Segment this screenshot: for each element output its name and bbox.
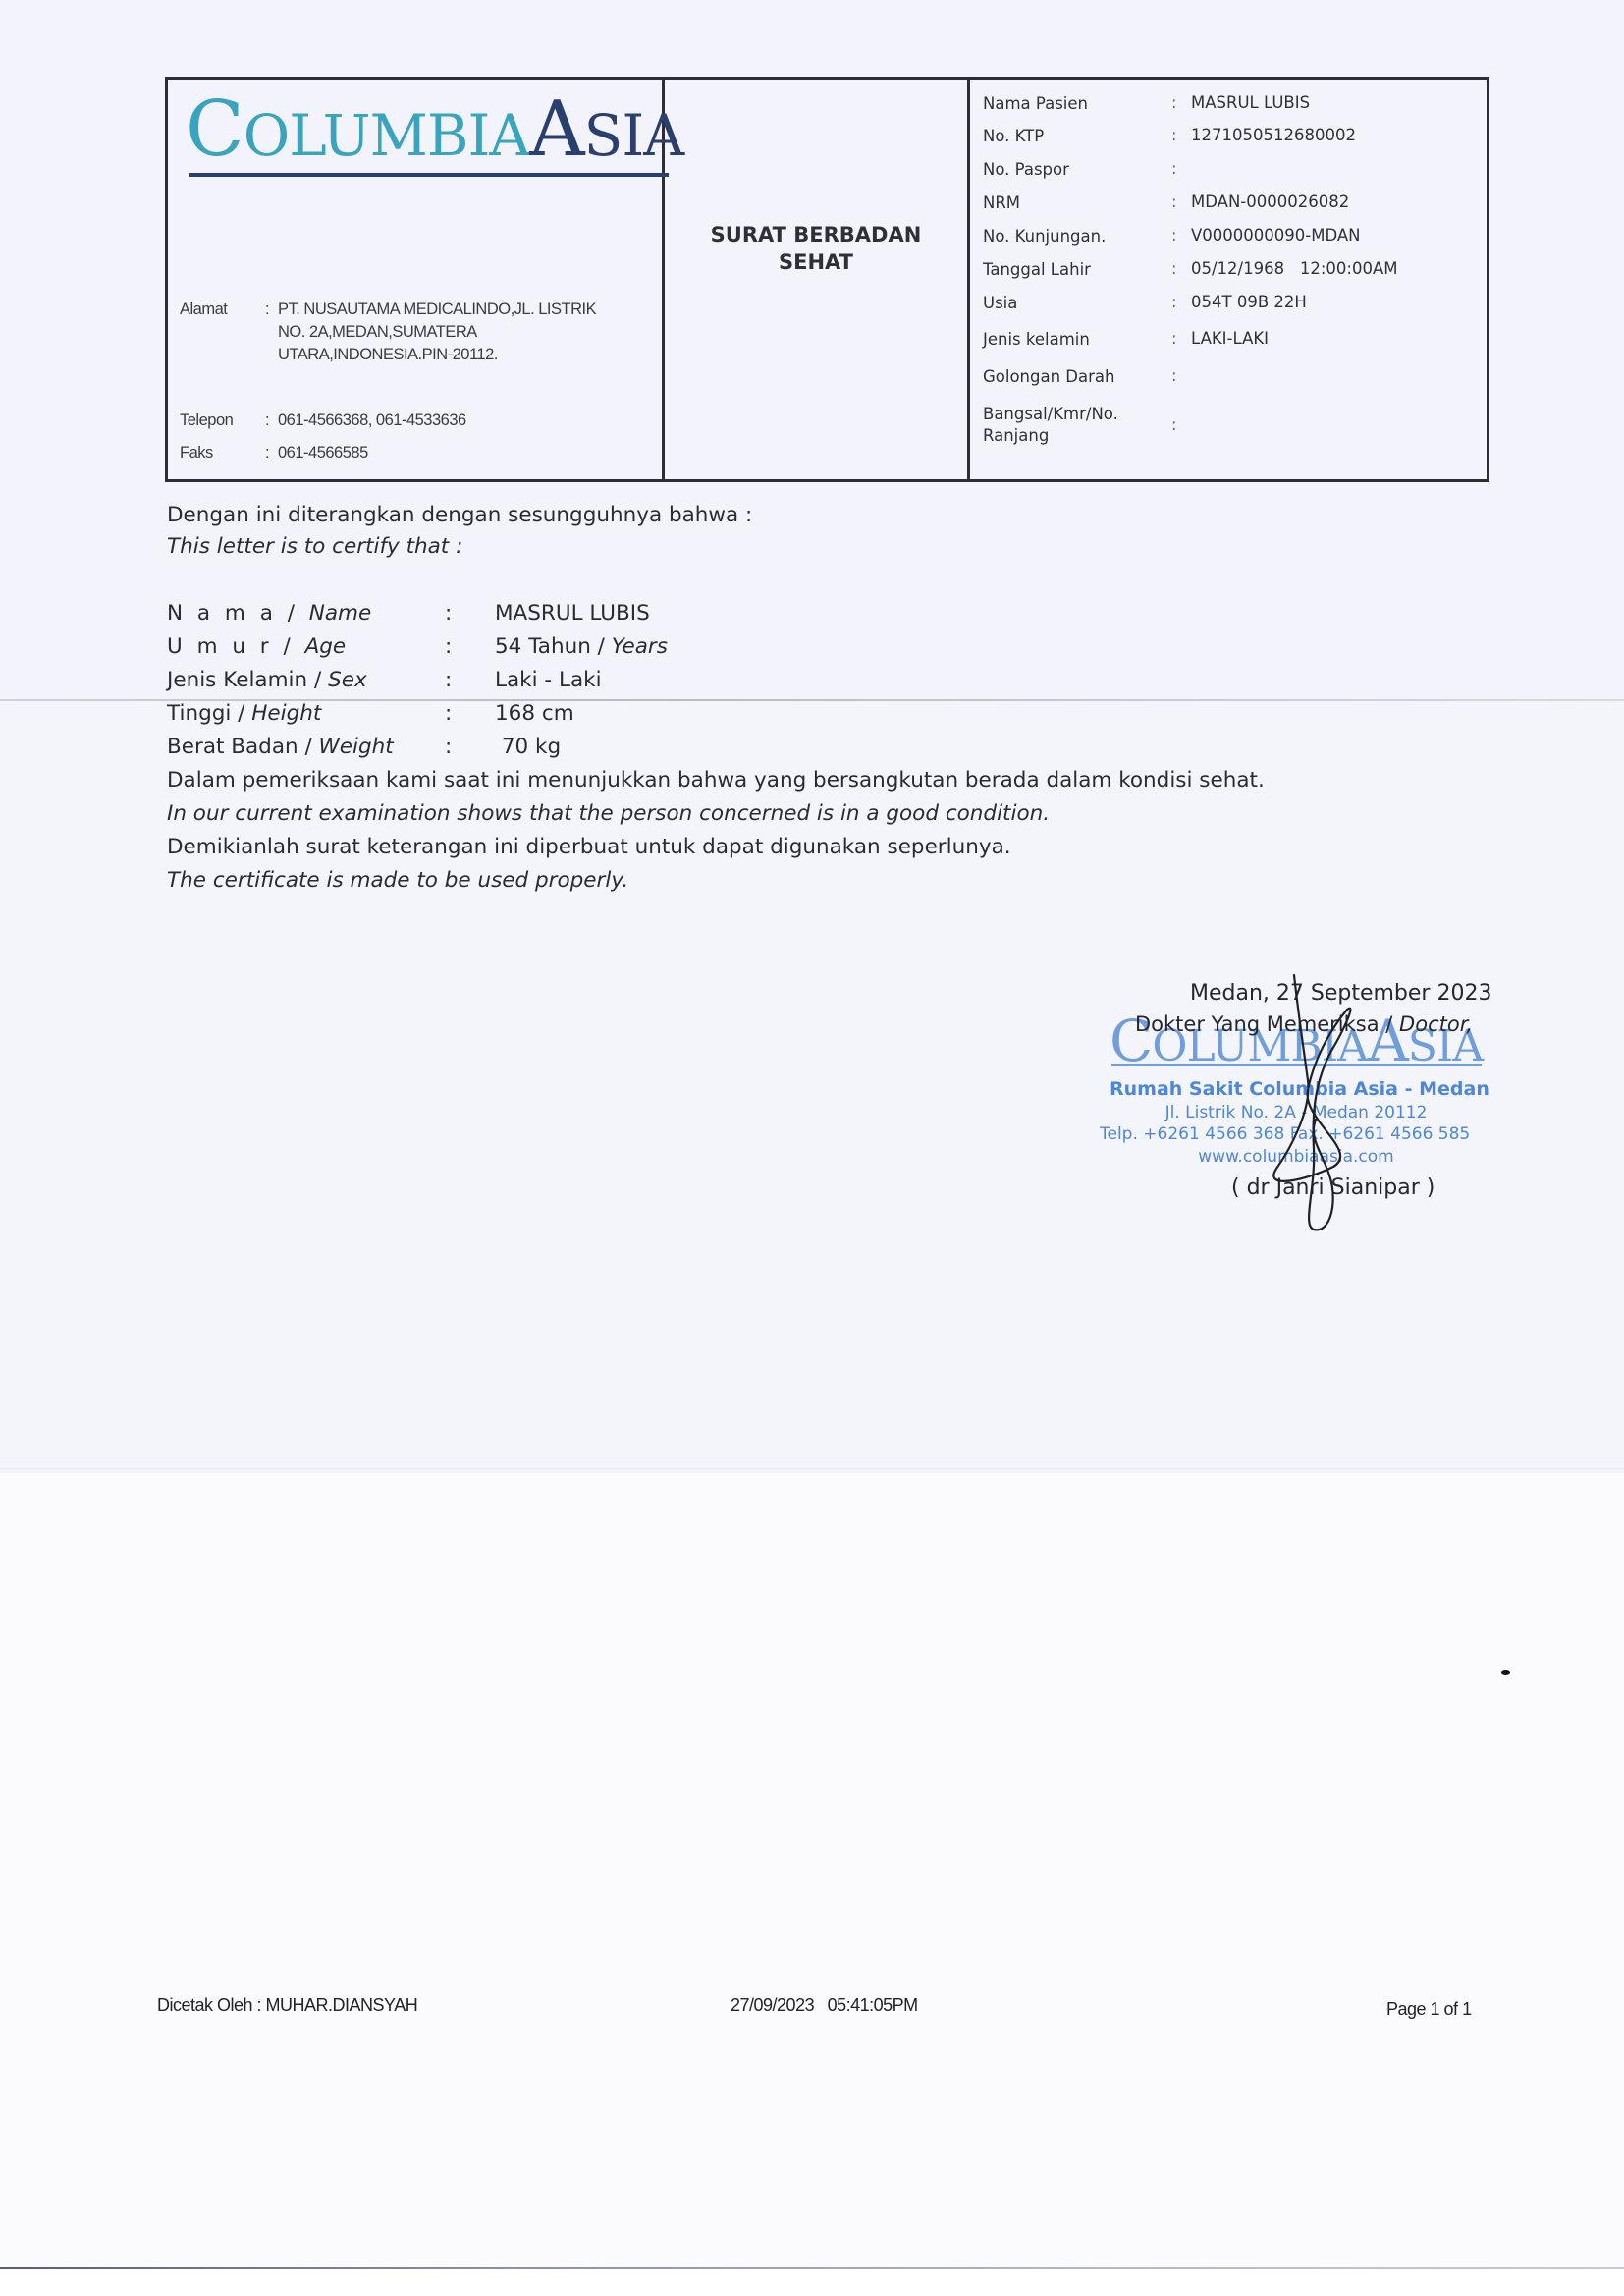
field-name: N a m a / Name : MASRUL LUBIS	[167, 601, 952, 630]
document-title: SURAT BERBADAN SEHAT	[665, 221, 967, 276]
paper-background-bottom	[0, 1473, 1624, 2269]
handwritten-signature-icon	[1080, 972, 1492, 1247]
logo-underline	[189, 173, 669, 177]
statement-en: In our current examination shows that th…	[167, 801, 1050, 826]
address-label: Alamat	[180, 299, 227, 321]
patient-info-row: Jenis kelamin:LAKI-LAKI	[983, 329, 1474, 362]
header-divider-2	[967, 80, 970, 479]
page-number: Page 1 of 1	[1386, 1999, 1472, 2020]
field-height: Tinggi / Height : 168 cm	[167, 701, 952, 731]
patient-info-row: No. KTP:1271050512680002	[983, 126, 1474, 159]
fax-value: 061-4566585	[278, 442, 602, 465]
logo-text: COLUMBIAASIA	[186, 85, 683, 174]
field-weight: Berat Badan / Weight : 70 kg	[167, 735, 952, 764]
patient-info-row: Bangsal/Kmr/No. Ranjang:	[983, 404, 1474, 453]
printed-by: Dicetak Oleh : MUHAR.DIANSYAH	[157, 1995, 417, 2016]
address-value: PT. NUSAUTAMA MEDICALINDO,JL. LISTRIK NO…	[278, 299, 602, 366]
patient-info-row: Tanggal Lahir:05/12/1968 12:00:00AM	[983, 259, 1474, 293]
phone-value: 061-4566368, 061-4533636	[278, 410, 671, 432]
phone-label: Telepon	[180, 410, 233, 432]
statement-id: Dalam pemeriksaan kami saat ini menunjuk…	[167, 768, 1265, 793]
field-sex: Jenis Kelamin / Sex : Laki - Laki	[167, 668, 952, 697]
closing-id: Demikianlah surat keterangan ini diperbu…	[167, 835, 1011, 859]
field-age: U m u r / Age : 54 Tahun / Years	[167, 634, 952, 664]
header-table: COLUMBIAASIA Alamat : PT. NUSAUTAMA MEDI…	[165, 77, 1489, 482]
print-datetime: 27/09/2023 05:41:05PM	[731, 1995, 918, 2016]
patient-info-row: No. Kunjungan.:V0000000090-MDAN	[983, 226, 1474, 259]
patient-info-row: NRM:MDAN-0000026082	[983, 192, 1474, 226]
fax-label: Faks	[180, 442, 213, 465]
patient-info-row: No. Paspor:	[983, 159, 1474, 192]
closing-en: The certificate is made to be used prope…	[167, 868, 628, 893]
scan-margin	[0, 2269, 1624, 2296]
patient-info-row: Nama Pasien:MASRUL LUBIS	[983, 93, 1474, 127]
paper-fold-line-2	[0, 1468, 1624, 1469]
patient-info-row: Golongan Darah:	[983, 366, 1474, 400]
intro-en: This letter is to certify that :	[167, 534, 462, 559]
intro-id: Dengan ini diterangkan dengan sesungguhn…	[167, 503, 752, 527]
columbia-asia-logo: COLUMBIAASIA	[186, 85, 662, 193]
signature-block: COLUMBIAASIA Rumah Sakit Columbia Asia -…	[1080, 972, 1492, 1247]
ink-speck	[1501, 1670, 1510, 1675]
patient-info-row: Usia:054T 09B 22H	[983, 293, 1474, 326]
